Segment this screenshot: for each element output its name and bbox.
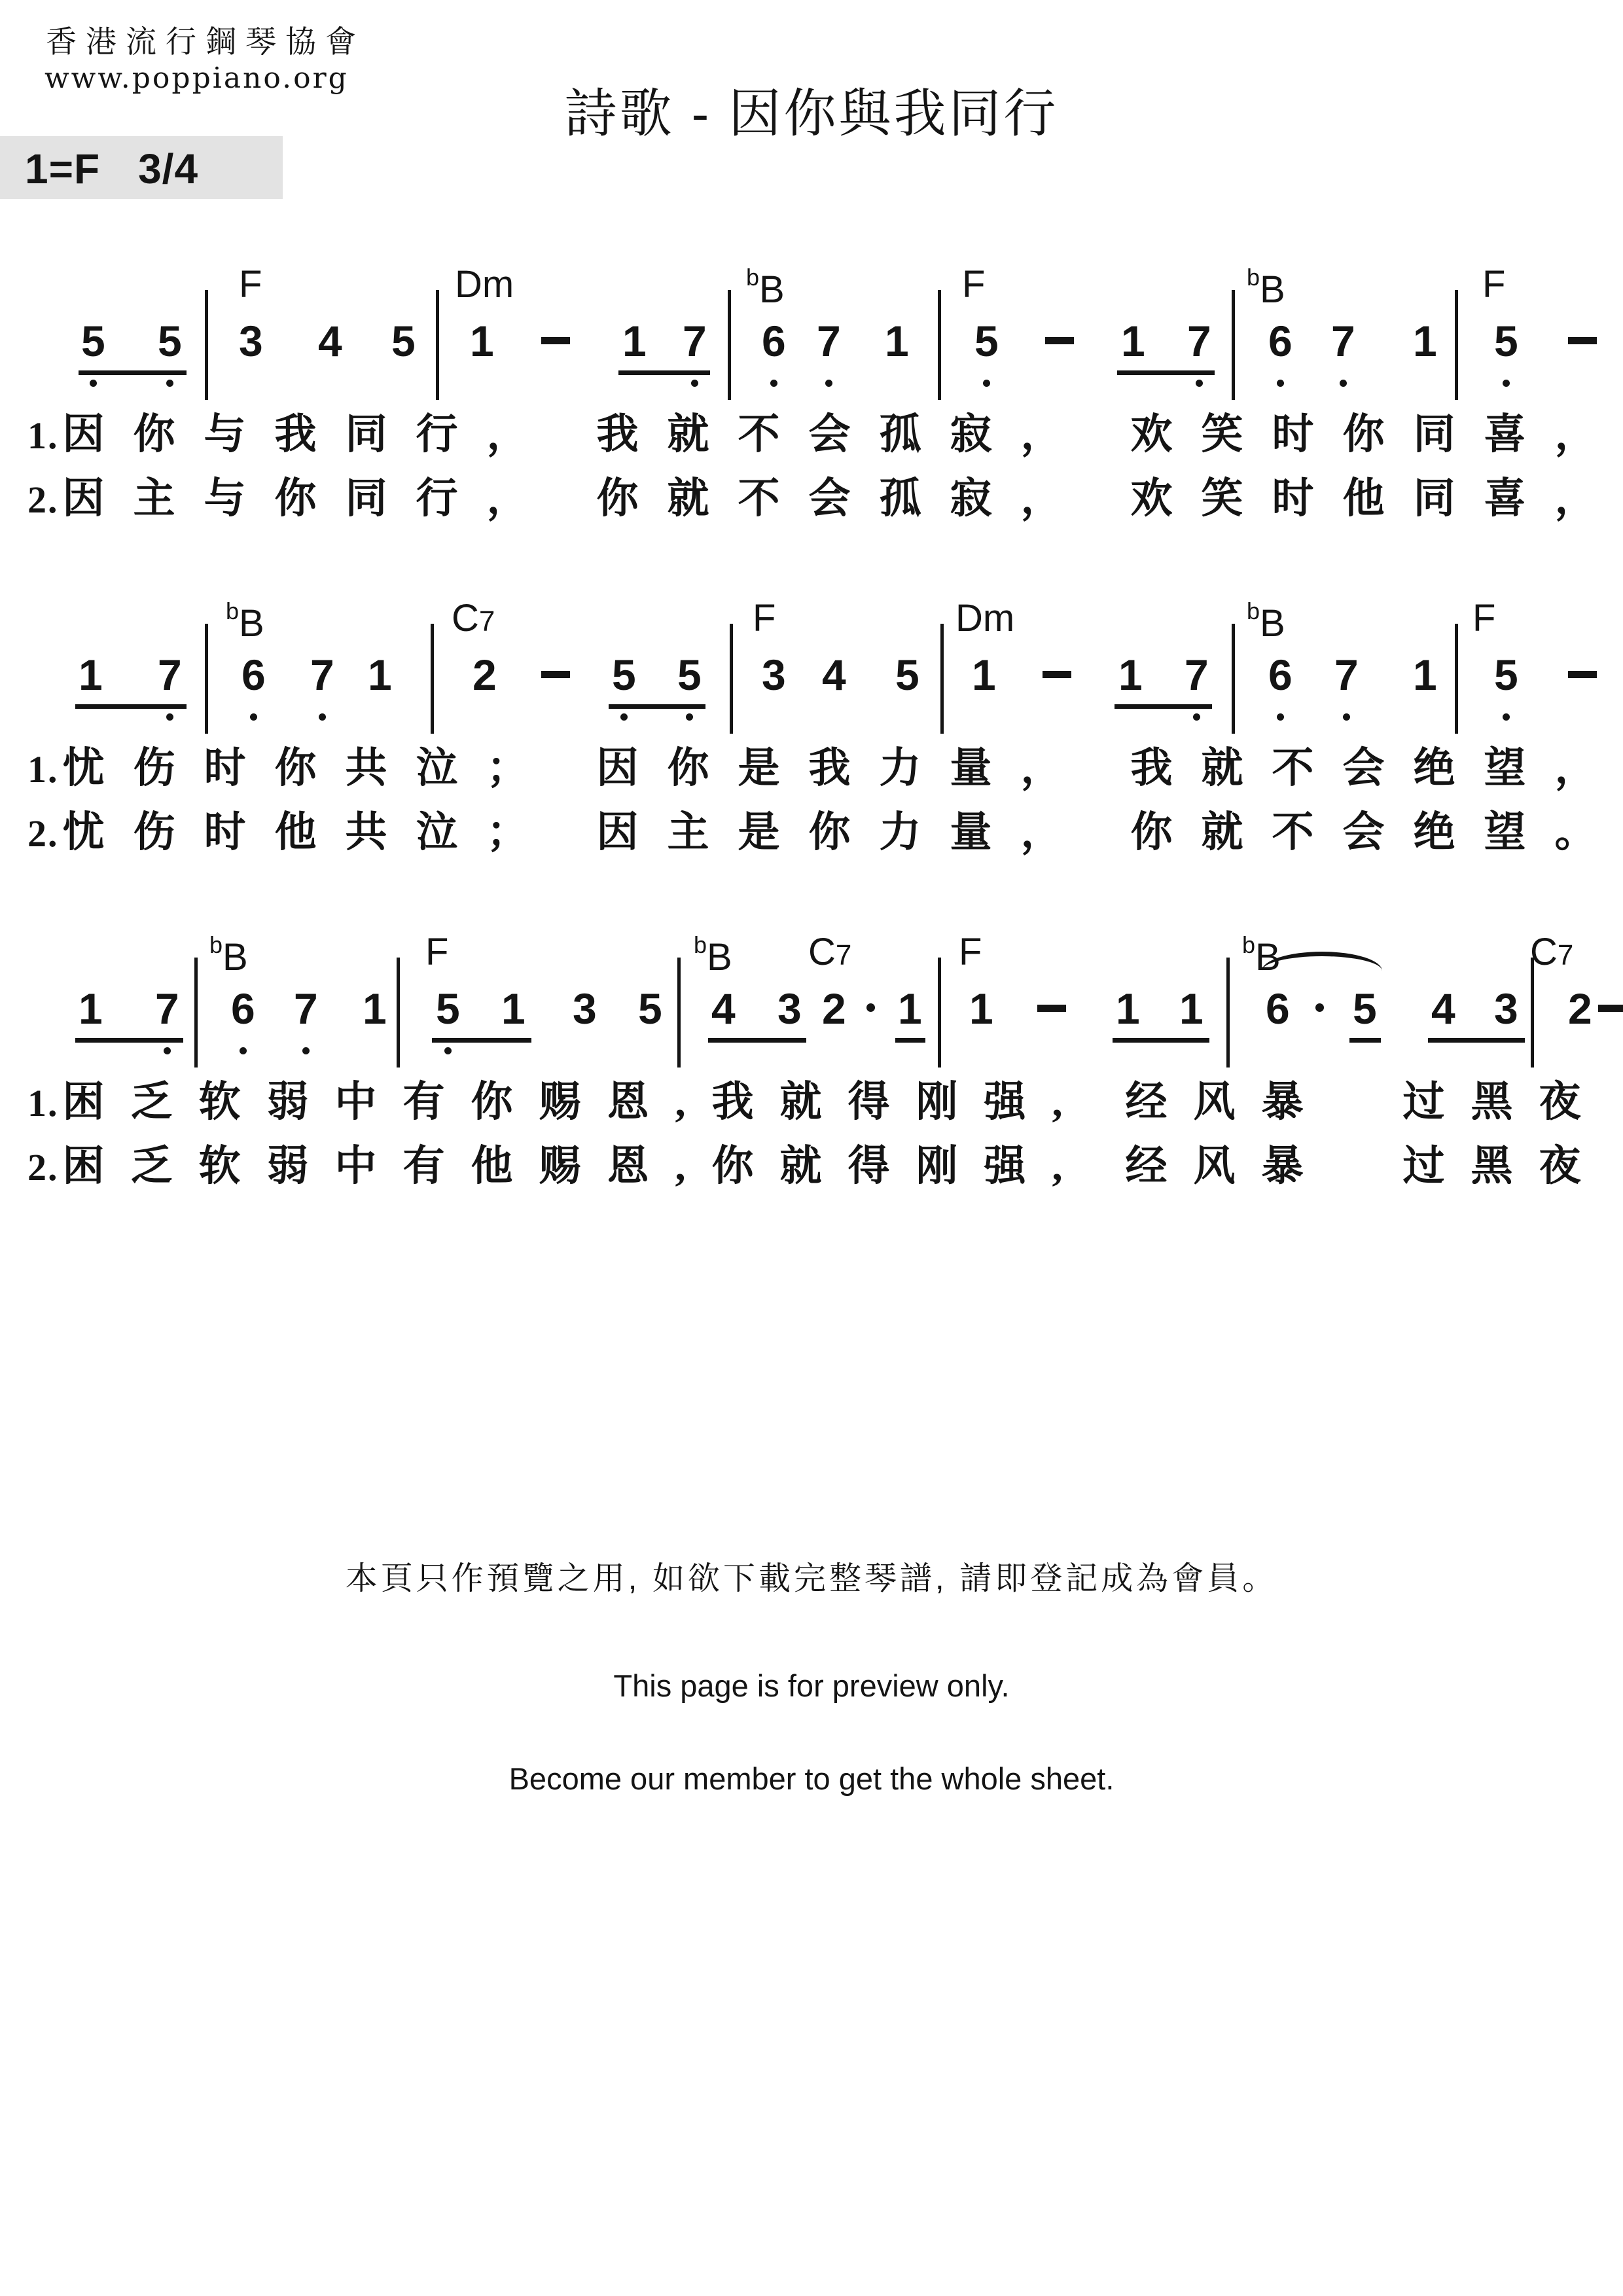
octave-dot (164, 1047, 171, 1054)
augmentation-dot (866, 1003, 875, 1012)
chord-symbol: C7 (808, 933, 851, 971)
barline (938, 958, 941, 1067)
note-digit: 1 (1179, 987, 1204, 1030)
slur-arc (1262, 952, 1382, 990)
flat-sign: b (209, 931, 223, 958)
octave-dot (302, 1047, 310, 1054)
barline (677, 958, 681, 1067)
note-digit: 4 (1431, 987, 1455, 1030)
octave-dot (444, 1047, 452, 1054)
note-digit: 3 (1494, 987, 1518, 1030)
beam-line (708, 1038, 806, 1043)
note-digit: 7 (294, 987, 318, 1030)
lyric-line-verse1: 1.困乏软弱中有你赐恩,我就得刚强, 经风暴 过黑夜 (27, 1081, 1607, 1123)
lyric-text: 困乏软弱中有他赐恩,你就得刚强, 经风暴 过黑夜 (63, 1143, 1607, 1189)
note-digit: 1 (898, 987, 922, 1030)
note-digit: 1 (1116, 987, 1140, 1030)
note-digit: 1 (79, 987, 103, 1030)
music-system-3: bBFbBC7FbBC71767151354321111654321.困乏软弱中… (0, 0, 1623, 2296)
verse-number: 2. (27, 1146, 59, 1189)
verse-number: 1. (27, 1082, 59, 1124)
chord-symbol: bB (209, 933, 248, 977)
beam-line (75, 1038, 183, 1043)
duration-dash (1037, 1005, 1066, 1012)
barline (194, 958, 198, 1067)
chord-extension: 7 (836, 939, 851, 971)
chord-symbol: C7 (1530, 933, 1573, 971)
note-digit: 1 (969, 987, 993, 1030)
note-digit: 6 (231, 987, 255, 1030)
note-digit: 5 (436, 987, 460, 1030)
note-digit: 7 (155, 987, 179, 1030)
note-digit: 1 (501, 987, 526, 1030)
note-digit: 5 (638, 987, 662, 1030)
note-digit: 1 (363, 987, 387, 1030)
sheet-music-page: 香港流行鋼琴協會 www.poppiano.org 詩歌 - 因你與我同行 1=… (0, 0, 1623, 2296)
note-digit: 3 (777, 987, 802, 1030)
flat-sign: b (1242, 931, 1255, 958)
chord-extension: 7 (1558, 939, 1573, 971)
note-digit: 4 (711, 987, 736, 1030)
barline (397, 958, 400, 1067)
note-digit: 3 (573, 987, 597, 1030)
lyric-text: 困乏软弱中有你赐恩,我就得刚强, 经风暴 过黑夜 (63, 1079, 1607, 1125)
chord-symbol: bB (694, 933, 732, 977)
chord-symbol: F (425, 933, 448, 971)
beam-line (895, 1038, 925, 1043)
note-digit: 2 (822, 987, 846, 1030)
barline (1531, 958, 1534, 1067)
beam-line (1428, 1038, 1525, 1043)
chord-symbol: F (959, 933, 982, 971)
duration-dash (1598, 1005, 1623, 1012)
note-digit: 6 (1266, 987, 1290, 1030)
note-digit: 2 (1568, 987, 1592, 1030)
beam-line (1113, 1038, 1209, 1043)
barline (1226, 958, 1230, 1067)
beam-line (1349, 1038, 1381, 1043)
flat-sign: b (694, 931, 707, 958)
lyric-line-verse2: 2.困乏软弱中有他赐恩,你就得刚强, 经风暴 过黑夜 (27, 1145, 1607, 1187)
octave-dot (240, 1047, 247, 1054)
note-digit: 5 (1353, 987, 1377, 1030)
beam-line (432, 1038, 531, 1043)
augmentation-dot (1315, 1003, 1324, 1012)
